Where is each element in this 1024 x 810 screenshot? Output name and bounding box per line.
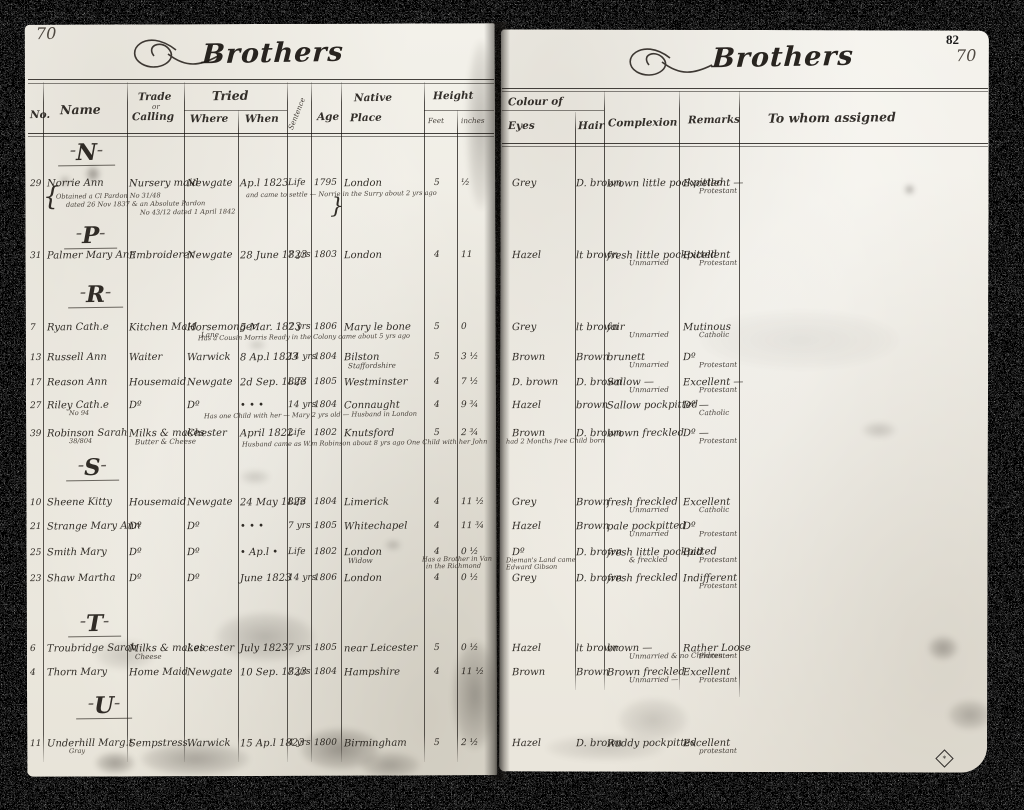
table-rule-line [502,146,988,147]
cell-tried-where: Leicester [187,644,234,655]
cell-eyes: Grey [512,574,536,584]
cell-no: 31 [30,252,42,261]
cell-age: 1803 [314,251,337,260]
row-note: in the Richmond [426,563,481,570]
cell-native-place: Westminster [344,378,408,389]
cell-height-feet: 5 [434,353,440,362]
cell-tried-where: Newgate [187,668,233,679]
col-header-where: Where [190,114,228,125]
cell-age: 1802 [314,429,337,438]
cell-remarks: Dº [683,353,696,363]
cell-age: 1805 [314,644,337,653]
col-header-feet: Feet [428,117,444,124]
cell-eyes: Hazel [512,251,541,261]
cell-tried-where: Chester [187,429,227,439]
cell-eyes: Grey [512,323,536,333]
cell-sentence: Life [288,548,306,557]
cell-native-place: London [344,251,382,261]
cell-height-inches: 0 ½ [461,644,478,653]
cell-remarks-sub: Catholic [699,506,729,514]
cell-height-inches: 11 ½ [461,498,484,507]
cell-age: 1802 [314,548,337,557]
cell-height-inches: ½ [461,179,470,188]
cell-native-place: Hampshire [344,668,400,679]
cell-remarks-sub: Protestant [699,556,737,564]
col-header-to-whom-assigned: To whom assigned [768,111,896,125]
section-letter-P: P [64,224,118,250]
cell-tried-when: • Ap.l • [240,548,278,558]
left-page-title: Brothers [201,39,344,69]
col-header-name: Name [60,104,101,117]
cell-no: 29 [30,180,42,189]
cell-tried-when: April 1822 [240,429,294,440]
row-note: Has one Child with her — Mary 2 yrs old … [204,411,417,420]
col-header-trade-3: Calling [132,112,174,123]
cell-no: 23 [30,575,42,584]
cell-height-feet: 5 [434,429,440,438]
table-column-line [457,110,458,762]
cell-sentence: 14 yrs [288,401,316,410]
cell-name: Troubridge Sarah [47,643,137,654]
cell-tried-where: Dº [187,522,200,532]
col-header-complexion: Complexion [608,118,677,129]
table-column-line [43,82,44,762]
cell-remarks-sub: Catholic [699,331,729,339]
col-header-eyes: Eyes [508,121,535,132]
cell-trade: Dº [129,401,142,411]
cell-height-inches: 0 ½ [461,574,478,583]
cell-sentence: Life [288,429,306,438]
cell-name: Ryan Cath.e [47,323,109,334]
cell-native-place: Birmingham [344,739,407,750]
cell-native-place: Knutsford [344,429,395,440]
cell-height-inches: 3 ½ [461,353,478,362]
cell-age: 1800 [314,739,337,748]
col-header-tried: Tried [212,90,249,103]
table-rule-line [28,133,494,134]
table-rule-line [28,79,494,80]
row-note-right: Edward Gibson [506,564,557,571]
stamp-glyph: * [943,755,947,763]
table-rule-line [28,136,494,137]
cell-age: 1804 [314,353,337,362]
cell-age: 1806 [314,323,337,332]
cell-tried-where: Newgate [187,251,233,262]
cell-height-inches: 0 [461,323,467,332]
col-header-inches: inches [461,117,485,124]
cell-age: 1804 [314,498,337,507]
cell-trade: Dº [129,574,142,584]
cell-no: 4 [30,669,36,678]
cell-remarks-sub: Protestant [699,582,737,590]
cell-remarks: Dº [683,522,696,532]
cell-name: Thorn Mary [47,668,107,679]
cell-hair: Brown [576,498,609,508]
cell-complexion-sub: Unmarried [629,506,669,514]
cell-no: 25 [30,549,42,558]
cell-eyes: Grey [512,498,536,508]
cell-sentence: 14 yrs [288,574,316,583]
cell-height-feet: 4 [434,251,440,260]
cell-name: Shaw Martha [47,574,116,585]
cell-height-feet: 4 [434,378,440,387]
cell-tried-when: • • • [240,522,264,532]
cell-height-inches: 7 ½ [461,378,478,387]
cell-name: Reason Ann [47,378,107,389]
row-note-right: had 2 Months free Child born [506,437,605,445]
cell-remarks-sub: Protestant [699,361,737,369]
cell-name: Underhill Marg.t [47,738,133,749]
cell-hair: brown [576,401,608,411]
cell-trade: Sempstress [129,739,188,750]
cell-tried-when: July 1823 [240,644,288,655]
cell-age: 1805 [314,378,337,387]
cell-height-feet: 5 [434,644,440,653]
table-column-line [311,82,312,762]
cell-no: 17 [30,379,42,388]
cell-remarks-sub: Protestant [699,530,737,538]
section-letter-S: S [66,456,119,482]
cell-height-feet: 5 [434,323,440,332]
col-header-no: No. [30,110,50,121]
table-column-line [424,82,425,762]
cell-no: 13 [30,354,42,363]
cell-name: Palmer Mary Ann [47,250,136,261]
cell-native-place-sub: Widow [348,557,373,565]
cell-height-feet: 4 [434,401,440,410]
cell-eyes: Grey [512,179,536,189]
cell-age: 1804 [314,401,337,410]
cell-complexion: fresh freckled [607,574,678,585]
cell-no: 11 [30,740,42,749]
table-rule-line [502,91,988,92]
col-header-native-2: Place [350,113,382,124]
cell-sentence: 7 yrs [288,251,311,260]
cell-sentence: Life [288,378,306,387]
cell-height-feet: 4 [434,668,440,677]
cell-tried-where: Warwick [187,353,231,364]
cell-trade: Housemaid [129,498,186,509]
cell-name: Russell Ann [47,353,107,364]
cell-height-inches: 11 ¾ [461,522,484,531]
cell-remarks-sub: Protestant [699,652,737,660]
cell-height-feet: 4 [434,522,440,531]
cell-sentence: 14 yrs [288,353,316,362]
cell-height-inches: 11 ½ [461,668,484,677]
cell-tried-where: Dº [187,574,200,584]
cell-complexion-sub: Unmarried [629,361,669,369]
cell-no: 27 [30,402,42,411]
cell-remarks-sub: Protestant [699,676,737,684]
cell-complexion-sub: Unmarried [629,386,669,394]
cell-native-place: Limerick [344,498,389,509]
cell-name-sub: 38/804 [69,438,92,445]
row-note: and came to settle — Norrie in the Surry… [246,190,437,199]
col-header-sentence: Sentence [287,97,306,131]
cell-trade: Dº [129,522,142,532]
table-column-line [238,110,239,762]
row-note: No 43/12 dated 1 April 1842 [140,208,236,216]
cell-tried-when: • • • [240,401,264,411]
cell-remarks-sub: Protestant [699,437,737,445]
table-column-line [341,82,342,762]
cell-height-feet: 5 [434,739,440,748]
section-letter-U: U [76,694,132,720]
cell-tried-when: June 1823 [240,574,292,585]
right-page-script-number: 70 [956,48,977,64]
table-rule-line [424,110,494,111]
cell-hair: Brown [576,668,609,678]
right-page-title: Brothers [711,43,854,73]
right-page-printed-number: 82 [946,33,959,46]
cell-eyes: Hazel [512,644,541,654]
cell-tried-where: Dº [187,548,200,558]
cell-height-feet: 4 [434,498,440,507]
cell-no: 39 [30,430,42,439]
cell-hair: Brown [576,353,609,363]
cell-eyes: D. brown [512,378,558,389]
cell-complexion-sub: Unmarried — [629,676,678,684]
cell-age: 1805 [314,522,337,531]
cell-sentence: 7 yrs [288,644,311,653]
cell-age: 1795 [314,179,337,188]
cell-remarks-sub: Protestant [699,187,737,195]
left-page-number: 70 [36,26,57,42]
cell-native-place-sub: Staffordshire [348,362,396,370]
cell-native-place: Whitechapel [344,522,407,533]
cell-sentence: 4 yrs [288,739,311,748]
cell-height-inches: 9 ¾ [461,401,478,410]
col-header-when: When [245,114,279,125]
col-header-age: Age [317,112,339,123]
cell-eyes: Hazel [512,739,541,749]
table-rule-line [502,88,988,89]
cell-name: Sheene Kitty [47,498,112,509]
cell-remarks-sub: Protestant [699,386,737,394]
cell-tried-when: Ap.l 1823 [240,179,289,190]
table-column-line [127,82,128,762]
cell-eyes: Brown [512,668,545,678]
table-rule-line [28,83,494,84]
col-header-height: Height [433,91,474,102]
col-header-trade-2: or [152,103,160,110]
table-rule-line [184,110,287,111]
cell-name-sub: Gray [69,748,85,755]
cell-trade-sub: Cheese [135,653,162,661]
cell-complexion-sub: Unmarried [629,331,669,339]
cell-no: 21 [30,523,42,532]
table-rule-line [502,110,604,111]
col-header-colour-of: Colour of [508,97,563,108]
col-header-hair: Hair [578,121,604,132]
cell-remarks-sub: protestant [699,747,737,755]
cell-no: 7 [30,324,36,333]
cell-name: Smith Mary [47,548,107,559]
cell-sentence: 7 yrs [288,323,311,332]
cell-height-feet: 4 [434,574,440,583]
cell-height-feet: 5 [434,179,440,188]
section-letter-T: T [68,612,121,638]
cell-trade: Waiter [129,353,162,363]
cell-name: Norrie Ann [47,179,104,190]
title-flourish-right [624,40,712,88]
cell-complexion-sub: & freckled [629,556,668,564]
cell-complexion: fair [607,323,625,333]
cell-native-place: near Leicester [344,644,418,655]
cell-name-sub: No 94 [69,410,89,417]
cell-sentence: Life [288,498,306,507]
cell-native-place: London [344,179,382,189]
section-letter-R: R [68,283,123,309]
cell-eyes: Hazel [512,522,541,532]
cell-tried-where: Newgate [187,378,233,389]
cell-no: 10 [30,499,42,508]
cell-hair: Brown [576,522,609,532]
cell-trade: Dº [129,548,142,558]
cell-eyes: Hazel [512,401,541,411]
row-note: Husband came as W.m Robinson about 8 yrs… [242,439,487,449]
diamond-stamp: * [935,749,953,767]
cell-trade: Embroiderer [129,251,194,262]
cell-sentence: 7 yrs [288,522,311,531]
cell-remarks-sub: Protestant [699,259,737,267]
cell-tried-where: Newgate [187,179,233,190]
cell-age: 1804 [314,668,337,677]
cell-complexion: brown freckled [607,429,684,440]
cell-trade: Housemaid [129,378,186,389]
cell-height-inches: 11 [461,251,473,260]
cell-tried-where: Dº [187,401,200,411]
scanned-register-page: 70 Brothers 82 70 Brothers No. Name Trad… [0,0,1024,810]
section-letter-N: N [58,141,115,167]
cell-sentence: Life [288,179,306,188]
row-note: Has a Cousin Morris Ready in the Colony … [198,333,410,342]
table-rule-line [502,143,988,144]
cell-eyes: Brown [512,353,545,363]
cell-remarks-sub: Catholic [699,409,729,417]
cell-complexion-sub: Unmarried [629,259,669,267]
cell-age: 1806 [314,574,337,583]
col-header-remarks: Remarks [688,115,740,126]
cell-native-place: London [344,574,382,584]
cell-sentence: 7 yrs [288,668,311,677]
cell-complexion-sub: Unmarried [629,530,669,538]
cell-trade: Home Maid [129,668,188,679]
cell-tried-where: Warwick [187,739,231,750]
cell-no: 6 [30,645,36,654]
col-header-native-1: Native [354,93,392,104]
cell-name: Strange Mary Ann [47,521,141,532]
cell-tried-where: Newgate [187,498,233,509]
cell-height-inches: 2 ½ [461,739,478,748]
